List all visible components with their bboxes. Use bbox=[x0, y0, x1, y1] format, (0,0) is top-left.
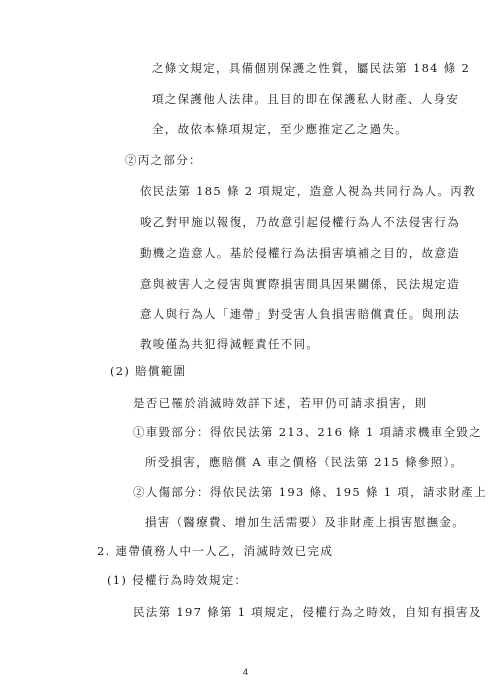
text-line: 所受損害，應賠償 A 車之價格（民法第 215 條參照）。 bbox=[145, 455, 463, 469]
subsection-heading: ②丙之部分： bbox=[125, 153, 202, 167]
text-line: 意人與行為人「連帶」對受害人負損害賠償責任。與刑法 bbox=[140, 307, 460, 321]
text-line: 項之保護他人法律。且目的即在保護私人財產、人身安 bbox=[152, 92, 459, 106]
text-line: 之條文規定，具備個別保護之性質，屬民法第 184 條 2 bbox=[152, 61, 470, 75]
text-line: 是否已罹於消滅時效詳下述，若甲仍可請求損害，則 bbox=[133, 396, 427, 410]
subsection-heading: (1) 侵權行為時效規定： bbox=[107, 573, 247, 587]
text-line: 依民法第 185 條 2 項規定，造意人視為共同行為人。丙教 bbox=[140, 184, 476, 198]
text-line: 唆乙對甲施以報復，乃故意引起侵權行為人不法侵害行為 bbox=[140, 215, 460, 229]
text-line: 民法第 197 條第 1 項規定，侵權行為之時效，自知有損害及 bbox=[133, 605, 482, 619]
list-item: ②人傷部分：得依民法第 193 條、195 條 1 項，請求財產上 bbox=[133, 485, 487, 499]
text-line: 全，故依本條項規定，至少應推定乙之過失。 bbox=[152, 122, 408, 136]
list-item: ①車毀部分：得依民法第 213、216 條 1 項請求機車全毀之 bbox=[133, 425, 482, 439]
section-heading: 2. 連帶債務人中一人乙，消滅時效已完成 bbox=[97, 544, 333, 558]
text-line: 損害（醫療費、增加生活需要）及非財產上損害慰撫金。 bbox=[145, 515, 465, 529]
text-line: 意與被害人之侵害與實際損害間具因果關係，民法規定造 bbox=[140, 277, 460, 291]
page-number: 4 bbox=[243, 667, 248, 677]
text-line: 教唆僅為共犯得減輕責任不同。 bbox=[140, 337, 319, 351]
section-heading: (2) 賠償範圍 bbox=[110, 364, 186, 378]
text-line: 動機之造意人。基於侵權行為法損害填補之目的，故意造 bbox=[140, 246, 460, 260]
